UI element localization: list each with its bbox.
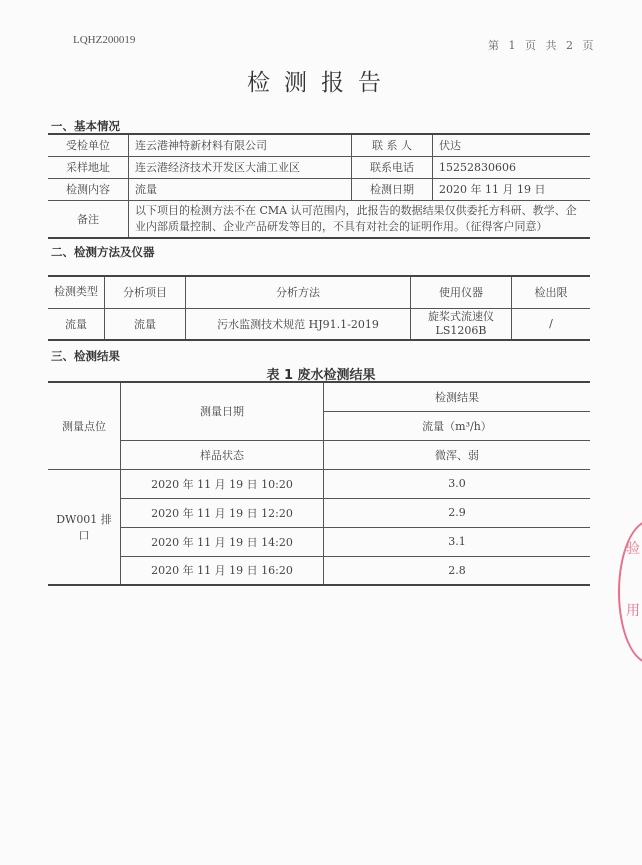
section-basic-info-heading: 一、基本情况 — [51, 118, 120, 134]
col-flow: 流量（m³/h） — [324, 411, 591, 440]
cell-limit: / — [512, 308, 591, 340]
label-address: 采样地址 — [48, 156, 129, 178]
table-row: 采样地址 连云港经济技术开发区大浦工业区 联系电话 15252830606 — [48, 156, 590, 178]
table-row: 2020 年 11 月 19 日 16:20 2.8 — [48, 556, 590, 585]
sample-state-value: 微浑、弱 — [324, 440, 591, 469]
cell-method: 污水监测技术规范 HJ91.1-2019 — [186, 308, 411, 340]
col-type: 检测类型 — [48, 276, 105, 308]
label-date: 检测日期 — [352, 178, 433, 200]
stamp-char: 验 — [626, 538, 640, 558]
table-header-row: 测量点位 测量日期 检测结果 — [48, 382, 590, 411]
label-content: 检测内容 — [48, 178, 129, 200]
stamp-char: 用 — [626, 600, 640, 620]
methods-table: 检测类型 分析项目 分析方法 使用仪器 检出限 流量 流量 污水监测技术规范 H… — [48, 275, 590, 341]
section-results-heading: 三、检测结果 — [51, 348, 120, 364]
table-header-row: 检测类型 分析项目 分析方法 使用仪器 检出限 — [48, 276, 590, 308]
cell-point: DW001 排口 — [48, 469, 121, 585]
value-date: 2020 年 11 月 19 日 — [433, 178, 591, 200]
official-seal-stamp: 验 用 — [618, 520, 642, 664]
report-number: LQHZ200019 — [73, 34, 135, 46]
value-content: 流量 — [129, 178, 352, 200]
cell-flow: 2.8 — [324, 556, 591, 585]
cell-item: 流量 — [105, 308, 186, 340]
cell-date: 2020 年 11 月 19 日 12:20 — [121, 498, 324, 527]
col-item: 分析项目 — [105, 276, 186, 308]
cell-flow: 3.0 — [324, 469, 591, 498]
value-phone: 15252830606 — [433, 156, 591, 178]
table-row: 受检单位 连云港神特新材料有限公司 联 系 人 伏达 — [48, 134, 590, 156]
value-address: 连云港经济技术开发区大浦工业区 — [129, 156, 352, 178]
cell-flow: 3.1 — [324, 527, 591, 556]
report-title: 检测报告 — [0, 64, 642, 97]
table-row: 检测内容 流量 检测日期 2020 年 11 月 19 日 — [48, 178, 590, 200]
basic-info-table: 受检单位 连云港神特新材料有限公司 联 系 人 伏达 采样地址 连云港经济技术开… — [48, 133, 590, 239]
cell-date: 2020 年 11 月 19 日 16:20 — [121, 556, 324, 585]
results-table: 测量点位 测量日期 检测结果 流量（m³/h） 样品状态 微浑、弱 DW001 … — [48, 381, 590, 586]
value-contact: 伏达 — [433, 134, 591, 156]
label-phone: 联系电话 — [352, 156, 433, 178]
cell-type: 流量 — [48, 308, 105, 340]
table-header-row: 样品状态 微浑、弱 — [48, 440, 590, 469]
table-row: 流量 流量 污水监测技术规范 HJ91.1-2019 旋桨式流速仪 LS1206… — [48, 308, 590, 340]
table-row: 2020 年 11 月 19 日 14:20 3.1 — [48, 527, 590, 556]
label-client: 受检单位 — [48, 134, 129, 156]
label-contact: 联 系 人 — [352, 134, 433, 156]
col-method: 分析方法 — [186, 276, 411, 308]
page-indicator: 第 1 页 共 2 页 — [488, 37, 596, 53]
cell-instrument: 旋桨式流速仪 LS1206B — [411, 308, 512, 340]
table-row: DW001 排口 2020 年 11 月 19 日 10:20 3.0 — [48, 469, 590, 498]
sample-state-label: 样品状态 — [121, 440, 324, 469]
col-limit: 检出限 — [512, 276, 591, 308]
col-point: 测量点位 — [48, 382, 121, 469]
value-note: 以下项目的检测方法不在 CMA 认可范围内，此报告的数据结果仅供委托方科研、教学… — [129, 200, 591, 238]
value-client: 连云港神特新材料有限公司 — [129, 134, 352, 156]
cell-flow: 2.9 — [324, 498, 591, 527]
cell-date: 2020 年 11 月 19 日 10:20 — [121, 469, 324, 498]
col-date: 测量日期 — [121, 382, 324, 440]
table-row: 2020 年 11 月 19 日 12:20 2.9 — [48, 498, 590, 527]
col-instrument: 使用仪器 — [411, 276, 512, 308]
col-result: 检测结果 — [324, 382, 591, 411]
section-methods-heading: 二、检测方法及仪器 — [51, 244, 155, 260]
cell-date: 2020 年 11 月 19 日 14:20 — [121, 527, 324, 556]
label-note: 备注 — [48, 200, 129, 238]
table-row: 备注 以下项目的检测方法不在 CMA 认可范围内，此报告的数据结果仅供委托方科研… — [48, 200, 590, 238]
